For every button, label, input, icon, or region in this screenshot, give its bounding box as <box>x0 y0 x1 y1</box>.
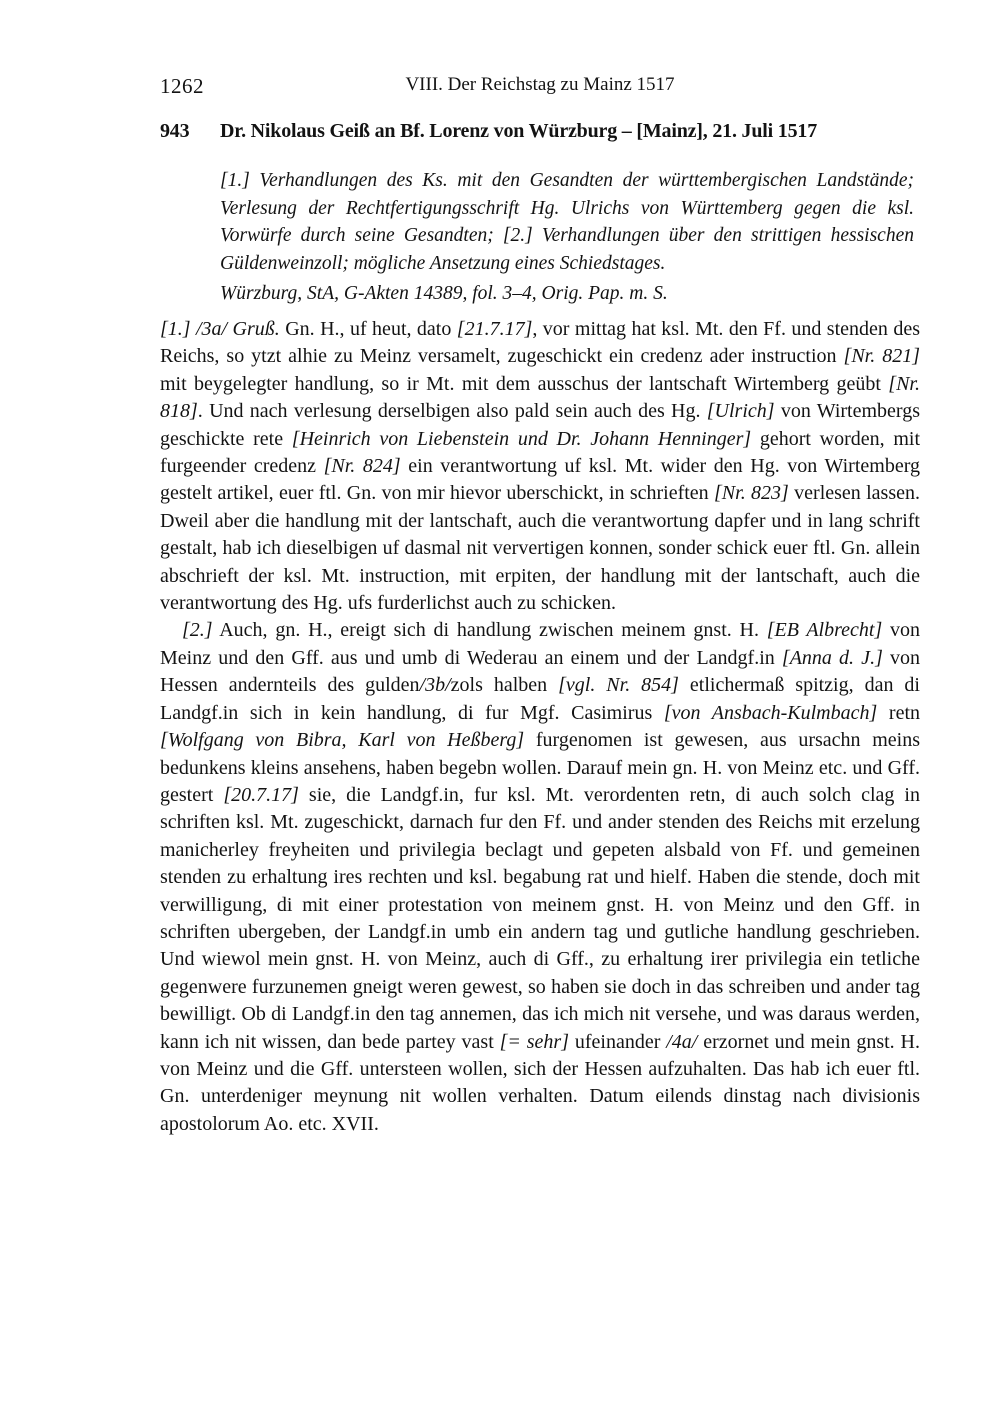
editorial-insertion: [Nr. 823] <box>714 482 789 504</box>
document-number: 943 <box>160 120 220 143</box>
editorial-insertion: [EB Albrecht] <box>767 619 883 641</box>
editorial-insertion: [Ulrich] <box>707 400 775 422</box>
archival-source-line: Würzburg, StA, G-Akten 14389, fol. 3–4, … <box>220 280 920 307</box>
transcription-text: ufeinander <box>569 1031 666 1053</box>
editorial-insertion: [= sehr] <box>500 1031 569 1053</box>
transcription-text: . Und nach verlesung derselbigen also pa… <box>198 400 707 422</box>
transcription-text: Auch, gn. H., ereigt sich di handlung zw… <box>213 619 767 641</box>
transcription-text: sie, die Landgf.in, fur ksl. Mt. verorde… <box>160 784 920 1053</box>
document-title: Dr. Nikolaus Geiß an Bf. Lorenz von Würz… <box>220 120 817 143</box>
editorial-insertion: [Wolfgang von Bibra, Karl von Heßberg] <box>160 729 524 751</box>
editorial-insertion: [Nr. 821] <box>844 345 920 367</box>
editorial-insertion: [21.7.17] <box>457 318 533 340</box>
page-number: 1262 <box>160 74 204 99</box>
editorial-insertion: /4a/ <box>666 1031 697 1053</box>
transcription-text: retn <box>877 702 920 724</box>
editorial-insertion: [Nr. 824] <box>324 455 401 477</box>
transcription-text: Gn. H., uf heut, dato <box>280 318 457 340</box>
body-paragraph: [1.] /3a/ Gruß. Gn. H., uf heut, dato [2… <box>160 316 920 617</box>
document-summary: [1.] Verhandlungen des Ks. mit den Gesan… <box>220 167 914 277</box>
editorial-insertion: [Anna d. J.] <box>782 647 883 669</box>
document-heading: 943 Dr. Nikolaus Geiß an Bf. Lorenz von … <box>160 120 920 143</box>
page-header: 1262 VIII. Der Reichstag zu Mainz 1517 <box>160 74 920 102</box>
editorial-insertion: /3b/ <box>420 674 451 696</box>
running-header: VIII. Der Reichstag zu Mainz 1517 <box>160 74 920 96</box>
book-page: 1262 VIII. Der Reichstag zu Mainz 1517 9… <box>0 0 1004 1418</box>
transcription-text: zols halben <box>451 674 558 696</box>
editorial-insertion: [Heinrich von Liebenstein und Dr. Johann… <box>292 428 751 450</box>
document-body: [1.] /3a/ Gruß. Gn. H., uf heut, dato [2… <box>160 316 920 1138</box>
transcription-text: mit beygelegter handlung, so ir Mt. mit … <box>160 373 888 395</box>
editorial-insertion: [2.] <box>182 619 213 641</box>
editorial-insertion: [1.] /3a/ Gruß. <box>160 318 280 340</box>
editorial-insertion: [vgl. Nr. 854] <box>558 674 679 696</box>
editorial-insertion: [von Ansbach-Kulmbach] <box>664 702 877 724</box>
editorial-insertion: [20.7.17] <box>223 784 299 806</box>
body-paragraph: [2.] Auch, gn. H., ereigt sich di handlu… <box>160 617 920 1138</box>
